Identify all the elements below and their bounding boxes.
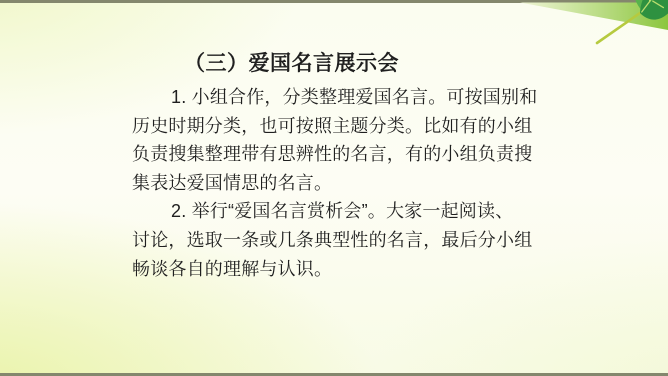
body-line: 讨论，选取一条或几条典型性的名言，最后分小组: [132, 226, 542, 255]
slide-background: （三）爱国名言展示会 1. 小组合作，分类整理爱国名言。可按国别和 历史时期分类…: [0, 0, 668, 376]
paragraph-1: 1. 小组合作，分类整理爱国名言。可按国别和 历史时期分类，也可按照主题分类。比…: [132, 83, 542, 197]
slide-content: （三）爱国名言展示会 1. 小组合作，分类整理爱国名言。可按国别和 历史时期分类…: [132, 0, 542, 283]
body-line: 负责搜集整理带有思辨性的名言，有的小组负责搜: [132, 140, 542, 169]
slide-title: （三）爱国名言展示会: [184, 51, 542, 77]
body-line: 2. 举行“爱国名言赏析会”。大家一起阅读、: [132, 197, 542, 226]
body-line: 历史时期分类，也可按照主题分类。比如有的小组: [132, 112, 542, 141]
body-line: 1. 小组合作，分类整理爱国名言。可按国别和: [132, 83, 542, 112]
body-line: 集表达爱国情思的名言。: [132, 169, 542, 198]
body-line: 畅谈各自的理解与认识。: [132, 255, 542, 284]
paragraph-2: 2. 举行“爱国名言赏析会”。大家一起阅读、 讨论，选取一条或几条典型性的名言，…: [132, 197, 542, 283]
